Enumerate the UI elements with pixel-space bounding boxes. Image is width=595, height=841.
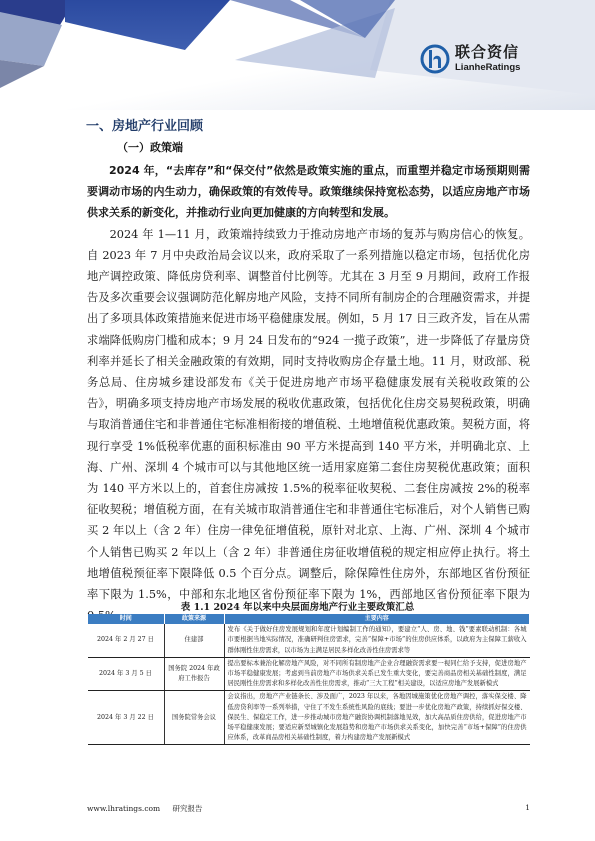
column-header-source: 政策来源 [164, 614, 224, 624]
cell-time: 2024 年 2 月 27 日 [88, 624, 165, 657]
lianhe-logo-icon [420, 44, 450, 74]
cell-time: 2024 年 3 月 22 日 [88, 691, 165, 745]
cell-source: 国务院常务会议 [164, 691, 224, 745]
brand-name-en: LianheRatings [455, 63, 520, 73]
cell-content: 会议指出，房地产产业链条长、涉及面广，2023 年以来，各地因城施策优化房地产调… [224, 691, 530, 745]
lead-paragraph: 2024 年，“去库存”和“保交付”依然是政策实施的重点，而重塑并稳定市场预期则… [87, 160, 530, 224]
page-footer: www.lhratings.com 研究报告 1 [87, 803, 530, 814]
table-row: 2024 年 3 月 5 日 国务院 2024 年政府工作报告 提出要标本兼治化… [88, 657, 530, 691]
page-number: 1 [525, 803, 530, 814]
table-header-row: 时间 政策来源 主要内容 [88, 614, 530, 624]
section-title: 一、房地产行业回顾 [86, 115, 203, 134]
table-caption: 表 1.1 2024 年以来中央层面房地产行业主要政策汇总 [0, 599, 595, 613]
body-paragraph: 2024 年 1—11 月，政策端持续致力于推动房地产市场的复苏与购房信心的恢复… [87, 224, 530, 627]
policy-table: 时间 政策来源 主要内容 2024 年 2 月 27 日 住建部 发布《关于做好… [87, 614, 530, 745]
table-row: 2024 年 3 月 22 日 国务院常务会议 会议指出，房地产产业链条长、涉及… [88, 691, 530, 745]
brand-name-cn: 联合资信 [455, 45, 520, 60]
header-banner: 联合资信 LianheRatings [0, 0, 595, 110]
cell-time: 2024 年 3 月 5 日 [88, 657, 165, 691]
table-row: 2024 年 2 月 27 日 住建部 发布《关于做好住房发展规划和年度计划编制… [88, 624, 530, 657]
column-header-time: 时间 [88, 614, 165, 624]
footer-doc-type: 研究报告 [173, 804, 203, 813]
cell-source: 住建部 [164, 624, 224, 657]
body-text: 2024 年，“去库存”和“保交付”依然是政策实施的重点，而重塑并稳定市场预期则… [87, 160, 530, 626]
column-header-content: 主要内容 [224, 614, 530, 624]
subsection-title: （一）政策端 [117, 139, 183, 155]
cell-content: 提出要标本兼治化解房地产风险，对不同所有制房地产企业合理融资需求要一视同仁给予支… [224, 657, 530, 691]
footer-website-link[interactable]: www.lhratings.com [87, 804, 160, 813]
brand-logo: 联合资信 LianheRatings [420, 44, 520, 74]
cell-content: 发布《关于做好住房发展规划和年度计划编制工作的通知》，要建立“人、房、地、钱”要… [224, 624, 530, 657]
cell-source: 国务院 2024 年政府工作报告 [164, 657, 224, 691]
